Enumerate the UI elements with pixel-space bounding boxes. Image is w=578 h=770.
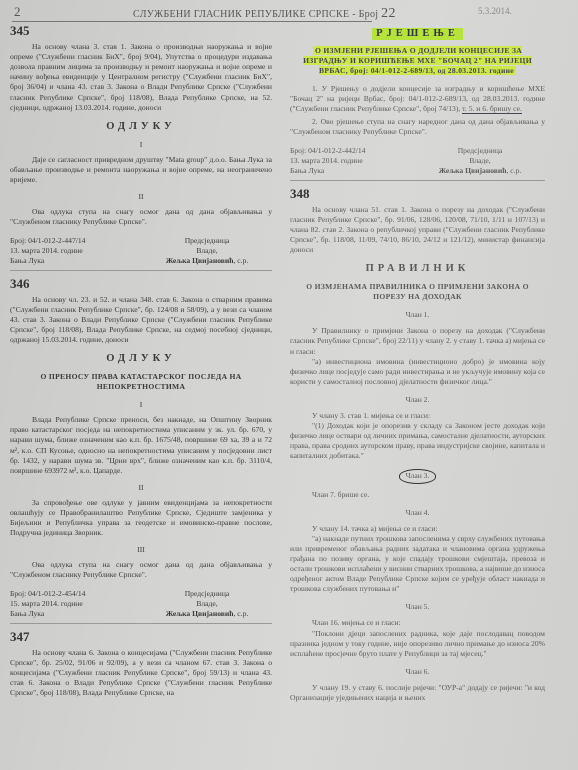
section-label: I [10, 400, 272, 410]
article-346: 346 На основу чл. 23. и 52. и члана 348.… [10, 279, 272, 624]
section-text: Ова одлука ступа на снагу осмог дана од … [10, 207, 272, 227]
article-label: Члан 1. [290, 310, 545, 320]
header-date: 5.3.2014. [478, 6, 512, 16]
signer-role: Предсједница [142, 589, 272, 599]
act-title: ПРАВИЛНИК [290, 264, 545, 274]
publication-title: СЛУЖБЕНИ ГЛАСНИК РЕПУБЛИКЕ СРПСКЕ - Број… [133, 6, 396, 22]
article-text: У Правилнику о примјени Закона о порезу … [290, 326, 545, 356]
article-quote: "а) накнаде путних трошкова запосленима … [290, 534, 545, 595]
preamble: На основу члана 3. став 1. Закона о прои… [10, 42, 272, 113]
document-date: 13. марта 2014. године [290, 156, 365, 166]
act-title-highlighted: РЈЕШЕЊЕ [372, 28, 463, 40]
article-divider [10, 623, 272, 624]
signer-role-2: Владе, [142, 599, 272, 609]
reference-number: Број: 04/1-012-2-454/14 [10, 589, 85, 599]
circled-article-label: Члан 3. [399, 469, 437, 483]
left-column: 345 На основу члана 3. став 1. Закона о … [10, 24, 272, 698]
article-number: 346 [10, 279, 272, 289]
article-text: Члан 16. мијења се и гласи: [290, 618, 545, 628]
right-column: РЈЕШЕЊЕ О ИЗМЈЕНИ РЈЕШЕЊА О ДОДЈЕЛИ КОНЦ… [290, 24, 545, 703]
signer-suffix: , с.р. [507, 166, 522, 175]
document-place: Бања Лука [10, 609, 85, 619]
act-subtitle-highlighted: О ИЗМЈЕНИ РЈЕШЕЊА О ДОДЈЕЛИ КОНЦЕСИЈЕ ЗА… [303, 46, 532, 75]
signer-name: Жељка Цвијановић [166, 256, 234, 265]
section-label: I [10, 140, 272, 150]
article-quote: "(1) Доходак који је опорезив у складу с… [290, 421, 545, 461]
section-label: III [10, 545, 272, 555]
preamble: На основу члана 6. Закона о концесијама … [10, 648, 272, 698]
act-title: ОДЛУКУ [10, 354, 272, 364]
article-text: У члану 3. став 1. мијења се и гласи: [290, 411, 545, 421]
resenje-point-1: 1. У Рјешењу о додјели концесије за изгр… [290, 84, 545, 114]
section-text: Даје се сагласност привредном друштву "M… [10, 155, 272, 185]
section-text: Ова одлука ступа на снагу осмог дана од … [10, 560, 272, 580]
resenje: РЈЕШЕЊЕ О ИЗМЈЕНИ РЈЕШЕЊА О ДОДЈЕЛИ КОНЦ… [290, 28, 545, 181]
article-number: 345 [10, 26, 272, 36]
signer-role-2: Владе, [415, 156, 545, 166]
section-label: II [10, 192, 272, 202]
article-number: 347 [10, 632, 272, 642]
scanned-page: 2 СЛУЖБЕНИ ГЛАСНИК РЕПУБЛИКЕ СРПСКЕ - Бр… [0, 0, 578, 770]
act-title: ОДЛУКУ [10, 122, 272, 132]
article-number: 348 [290, 189, 545, 199]
article-quote: "Поклони дјеци запослених радника, које … [290, 629, 545, 659]
article-347: 347 На основу члана 6. Закона о концесиј… [10, 632, 272, 699]
section-text: За спровођење ове одлуке у јавним евиден… [10, 498, 272, 538]
underlined-text: т. 5. и 6. бришу се. [462, 104, 522, 114]
article-label: Члан 4. [290, 508, 545, 518]
preamble: На основу члана 51. став 1. Закона о пор… [290, 205, 545, 255]
document-date: 15. марта 2014. године [10, 599, 85, 609]
issue-number: 22 [381, 6, 396, 21]
reference-number: Број: 04/1-012-2-447/14 [10, 236, 85, 246]
signature-block: Број: 04/1-012-2-454/14 15. марта 2014. … [10, 589, 272, 619]
article-345: 345 На основу члана 3. став 1. Закона о … [10, 26, 272, 271]
signer-name: Жељка Цвијановић [439, 166, 507, 175]
act-subtitle: О ИЗМЈЕНАМА ПРАВИЛНИКА О ПРИМЈЕНИ ЗАКОНА… [290, 282, 545, 302]
page-number: 2 [14, 4, 21, 20]
article-divider [10, 270, 272, 271]
signature-block: Број: 04/1-012-2-447/14 13. марта 2014. … [10, 236, 272, 266]
document-place: Бања Лука [290, 166, 365, 176]
signer-suffix: , с.р. [234, 256, 249, 265]
section-label: II [10, 483, 272, 493]
preamble: На основу чл. 23. и 52. и члана 348. ста… [10, 295, 272, 345]
header-rule [12, 21, 372, 22]
publication-name: СЛУЖБЕНИ ГЛАСНИК РЕПУБЛИКЕ СРПСКЕ - Број [133, 9, 378, 20]
signer-name: Жељка Цвијановић [166, 609, 234, 618]
section-text: Влада Републике Српске преноси, без накн… [10, 415, 272, 476]
article-quote: "а) инвестициона имовина (инвестиционо д… [290, 357, 545, 387]
article-text: Члан 7. брише се. [290, 490, 545, 500]
document-date: 13. марта 2014. године [10, 246, 85, 256]
signer-role: Предсједница [415, 146, 545, 156]
document-place: Бања Лука [10, 256, 85, 266]
signature-block: Број: 04/1-012-2-442/14 13. марта 2014. … [290, 146, 545, 176]
signer-role: Предсједница [142, 236, 272, 246]
signer-suffix: , с.р. [234, 609, 249, 618]
act-subtitle: О ПРЕНОСУ ПРАВА КАТАСТАРСКОГ ПОСЈЕДА НА … [10, 372, 272, 392]
article-label: Члан 5. [290, 602, 545, 612]
signer-role-2: Владе, [142, 246, 272, 256]
article-label: Члан 2. [290, 395, 545, 405]
article-divider [290, 180, 545, 181]
resenje-point-2: 2. Ово рјешење ступа на снагу наредног д… [290, 117, 545, 137]
reference-number: Број: 04/1-012-2-442/14 [290, 146, 365, 156]
article-text: У члану 19. у ставу 6. послије ријечи: "… [290, 683, 545, 703]
article-text: У члану 14. тачка а) мијења се и гласи: [290, 524, 545, 534]
article-label: Члан 6. [290, 667, 545, 677]
article-348: 348 На основу члана 51. став 1. Закона о… [290, 189, 545, 704]
page-header: 2 СЛУЖБЕНИ ГЛАСНИК РЕПУБЛИКЕ СРПСКЕ - Бр… [0, 2, 578, 22]
